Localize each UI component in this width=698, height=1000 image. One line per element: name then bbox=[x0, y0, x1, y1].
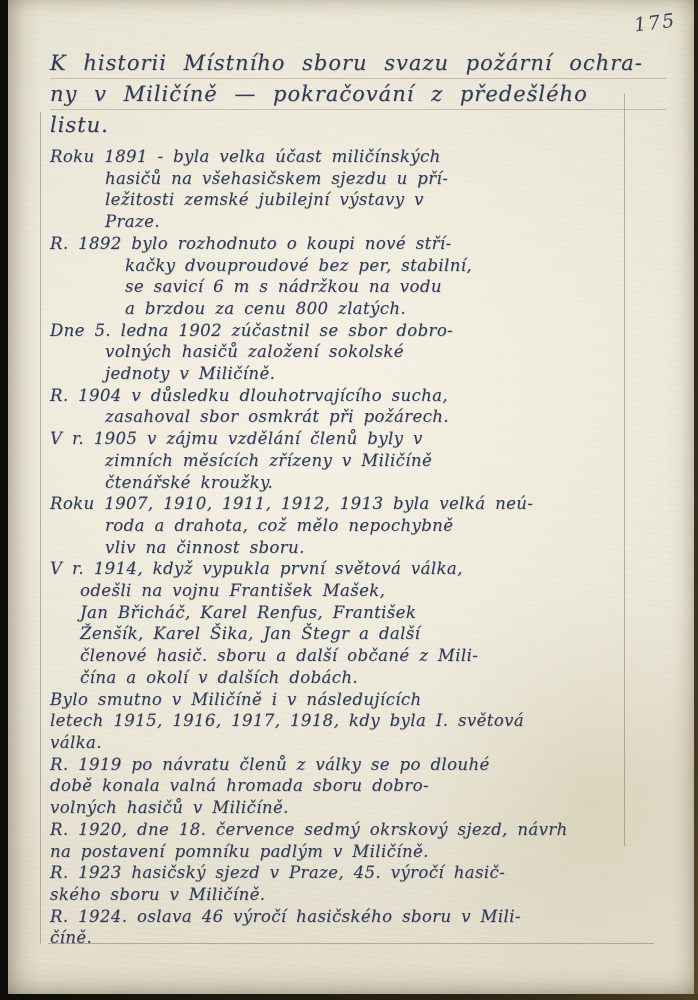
chronicle-heading: K historii Místního sboru svazu požární … bbox=[50, 48, 666, 140]
text-line: Roku 1907, 1910, 1911, 1912, 1913 byla v… bbox=[50, 493, 666, 515]
text-line: zasahoval sbor osmkrát při požárech. bbox=[50, 406, 666, 428]
book-edge-right bbox=[694, 0, 698, 1000]
text-line: Dne 5. ledna 1902 zúčastnil se sbor dobr… bbox=[50, 320, 666, 342]
text-line: odešli na vojnu František Mašek, bbox=[50, 580, 666, 602]
text-line: Jan Břicháč, Karel Renfus, František bbox=[50, 602, 666, 624]
text-line: Praze. bbox=[50, 211, 666, 233]
text-line: volných hasičů v Miličíně. bbox=[50, 797, 666, 819]
text-line: volných hasičů založení sokolské bbox=[50, 341, 666, 363]
text-line: Bylo smutno v Miličíně i v následujících bbox=[50, 689, 666, 711]
text-line: R. 1904 v důsledku dlouhotrvajícího such… bbox=[50, 385, 666, 407]
pencil-margin-left bbox=[40, 112, 41, 944]
text-line: V r. 1905 v zájmu vzdělání členů byly v bbox=[50, 428, 666, 450]
chronicle-page-photo: 175 K historii Místního sboru svazu požá… bbox=[0, 0, 698, 1000]
paper-sheet: 175 K historii Místního sboru svazu požá… bbox=[8, 0, 695, 994]
heading-line: ny v Miličíně — pokračování z předešlého bbox=[50, 79, 666, 110]
text-line: V r. 1914, když vypukla první světová vá… bbox=[50, 558, 666, 580]
text-line: čína a okolí v dalších dobách. bbox=[50, 667, 666, 689]
chronicle-body: Roku 1891 - byla velka účast miličínskýc… bbox=[50, 146, 666, 949]
text-line: členové hasič. sboru a další občané z Mi… bbox=[50, 645, 666, 667]
page-number: 175 bbox=[633, 10, 678, 37]
text-line: R. 1920, dne 18. července sedmý okrskový… bbox=[50, 819, 666, 841]
heading-line: listu. bbox=[50, 110, 666, 140]
text-line: zimních měsících zřízeny v Miličíně bbox=[50, 450, 666, 472]
text-line: Ženšík, Karel Šika, Jan Štegr a další bbox=[50, 623, 666, 645]
heading-line: K historii Místního sboru svazu požární … bbox=[50, 48, 666, 79]
text-line: a brzdou za cenu 800 zlatých. bbox=[50, 298, 666, 320]
text-line: ležitosti zemské jubilejní výstavy v bbox=[50, 189, 666, 211]
text-line: roda a drahota, což mělo nepochybně bbox=[50, 515, 666, 537]
text-line: čtenářské kroužky. bbox=[50, 472, 666, 494]
handwritten-text: K historii Místního sboru svazu požární … bbox=[50, 48, 666, 949]
text-line: se savicí 6 m s nádržkou na vodu bbox=[50, 276, 666, 298]
text-line: jednoty v Miličíně. bbox=[50, 363, 666, 385]
text-line: R. 1923 hasičský sjezd v Praze, 45. výro… bbox=[50, 862, 666, 884]
text-line: na postavení pomníku padlým v Miličíně. bbox=[50, 841, 666, 863]
text-line: vliv na činnost sboru. bbox=[50, 537, 666, 559]
text-line: době konala valná hromada sboru dobro- bbox=[50, 775, 666, 797]
text-line: válka. bbox=[50, 732, 666, 754]
text-line: R. 1892 bylo rozhodnuto o koupi nové stř… bbox=[50, 233, 666, 255]
text-line: R. 1919 po návratu členů z války se po d… bbox=[50, 754, 666, 776]
text-line: číně. bbox=[50, 927, 666, 949]
book-edge-bottom bbox=[0, 994, 698, 1000]
text-line: R. 1924. oslava 46 výročí hasičského sbo… bbox=[50, 906, 666, 928]
text-line: letech 1915, 1916, 1917, 1918, kdy byla … bbox=[50, 710, 666, 732]
text-line: hasičů na všehasičskem sjezdu u pří- bbox=[50, 168, 666, 190]
text-line: kačky dvouproudové bez per, stabilní, bbox=[50, 255, 666, 277]
text-line: ského sboru v Miličíně. bbox=[50, 884, 666, 906]
text-line: Roku 1891 - byla velka účast miličínskýc… bbox=[50, 146, 666, 168]
